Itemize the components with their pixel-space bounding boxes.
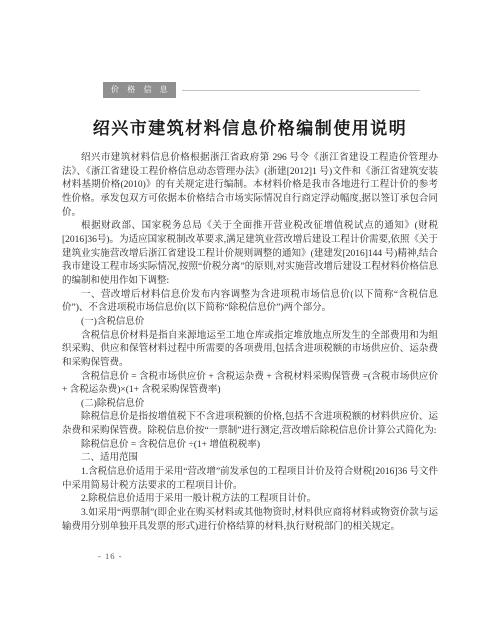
paragraph-scope-item-3: 3.如采用“两票制”(即企业在购买材料或其他物资时,材料供应商将材料或物资价款与… xyxy=(62,507,438,534)
paragraph-tax-excluded-definition: 除税信息价是指按增值税下不含进项税额的价格,包括不含进项税额的材料供应价、运杂费… xyxy=(62,411,438,438)
heading-tax-inclusive-price: (一)含税信息价 xyxy=(62,316,438,330)
formula-tax-inclusive: 含税信息价 = 含税市场供应价 + 含税运杂费 + 含税材料采购保管费 =(含税… xyxy=(62,371,438,398)
page-content: 价 格 信 息 绍兴市建筑材料信息价格编制使用说明 绍兴市建筑材料信息价格根据浙… xyxy=(62,82,438,534)
paragraph-scope-item-1: 1.含税信息价适用于采用“营改增”前发承包的工程项目计价及符合财税[2016]3… xyxy=(62,466,438,493)
paragraph-section-1: 一、营改增后材料信息价发布内容调整为含进项税市场信息价(以下简称“含税信息价”)… xyxy=(62,289,438,316)
heading-tax-excluded-price: (二)除税信息价 xyxy=(62,398,438,412)
document-page: 价 格 信 息 绍兴市建筑材料信息价格编制使用说明 绍兴市建筑材料信息价格根据浙… xyxy=(0,0,500,639)
heading-scope-of-application: 二、适用范围 xyxy=(62,452,438,466)
section-badge: 价 格 信 息 xyxy=(103,82,176,98)
document-body: 绍兴市建筑材料信息价格根据浙江省政府第 296 号令《浙江省建设工程造价管理办法… xyxy=(62,152,438,534)
paragraph-tax-inclusive-definition: 含税信息价材料是指自来源地运至工地仓库或指定堆放地点所发生的全部费用和为组织采购… xyxy=(62,330,438,371)
paragraph-scope-item-2: 2.除税信息价适用于采用一般计税方法的工程项目计价。 xyxy=(62,493,438,507)
header-divider-line xyxy=(182,90,420,91)
paragraph-basis: 根据财政部、国家税务总局《关于全面推开营业税改征增值税试点的通知》(财税[201… xyxy=(62,220,438,288)
page-title: 绍兴市建筑材料信息价格编制使用说明 xyxy=(62,114,438,139)
formula-tax-excluded: 除税信息价 = 含税信息价 ÷(1+ 增值税税率) xyxy=(62,439,438,453)
section-header: 价 格 信 息 xyxy=(103,82,438,98)
page-number: - 16 - xyxy=(98,551,122,561)
paragraph-intro: 绍兴市建筑材料信息价格根据浙江省政府第 296 号令《浙江省建设工程造价管理办法… xyxy=(62,152,438,220)
